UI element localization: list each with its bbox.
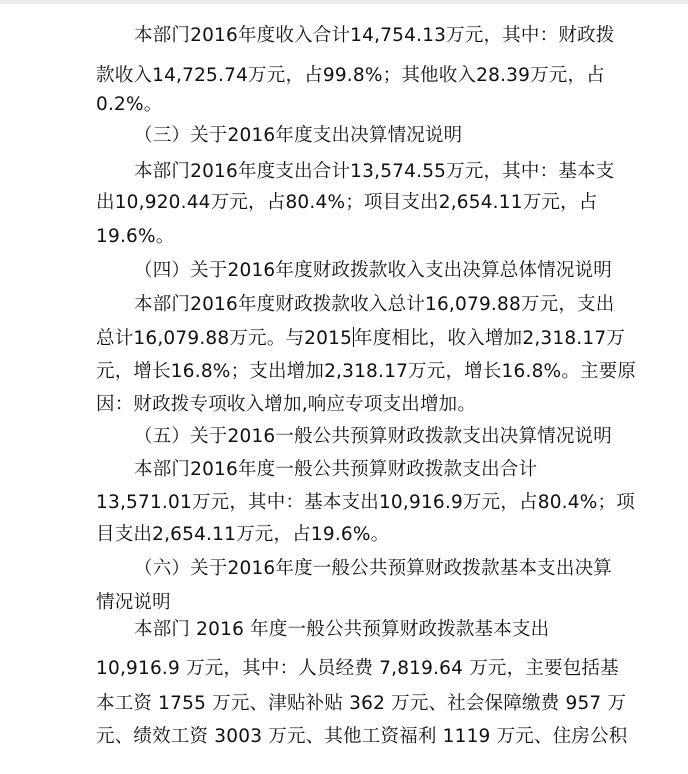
general-budget-line-1[interactable]: 本部门2016年度一般公共预算财政拨款支出合计 — [134, 458, 537, 482]
basic-expenditure-line-1[interactable]: 本部门 2016 年度一般公共预算财政拨款基本支出 — [134, 618, 549, 642]
income-summary-line-3[interactable]: 0.2%。 — [96, 93, 163, 117]
expenditure-line-2[interactable]: 出10,920.44万元，占80.4%；项目支出2,654.11万元，占 — [96, 191, 598, 215]
section-heading-5[interactable]: （五）关于2016一般公共预算财政拨款支出决算情况说明 — [134, 425, 612, 449]
basic-expenditure-line-4[interactable]: 元、绩效工资 3003 万元、其他工资福利 1119 万元、住房公积 — [96, 725, 628, 749]
fiscal-appropriation-line-2[interactable]: 总计16,079.88万元。与2015年度相比，收入增加2,318.17万 — [96, 327, 625, 351]
general-budget-line-3[interactable]: 目支出2,654.11万元，占19.6%。 — [96, 523, 389, 547]
expenditure-line-3[interactable]: 19.6%。 — [96, 225, 174, 249]
window-top-edge — [0, 0, 688, 4]
fiscal-appropriation-line-3[interactable]: 元，增长16.8%；支出增加2,318.17万元，增长16.8%。主要原 — [96, 360, 636, 384]
basic-expenditure-line-3[interactable]: 本工资 1755 万元、津贴补贴 362 万元、社会保障缴费 957 万 — [96, 692, 626, 716]
income-summary-line-1[interactable]: 本部门2016年度收入合计14,754.13万元，其中：财政拨 — [134, 24, 614, 48]
general-budget-line-2[interactable]: 13,571.01万元，其中：基本支出10,916.9万元，占80.4%；项 — [96, 491, 635, 515]
expenditure-line-1[interactable]: 本部门2016年度支出合计13,574.55万元，其中：基本支 — [134, 160, 614, 184]
fiscal-appropriation-line-2b: 年度相比，收入增加2,318.17万 — [354, 328, 625, 349]
section-heading-6-line-1[interactable]: （六）关于2016年度一般公共预算财政拨款基本支出决算 — [134, 557, 612, 581]
fiscal-appropriation-line-4[interactable]: 因：财政拨专项收入增加,响应专项支出增加。 — [96, 393, 476, 417]
income-summary-line-2[interactable]: 款收入14,725.74万元，占99.8%；其他收入28.39万元，占 — [96, 64, 605, 88]
section-heading-4[interactable]: （四）关于2016年度财政拨款收入支出决算总体情况说明 — [134, 259, 612, 283]
fiscal-appropriation-line-1[interactable]: 本部门2016年度财政拨款收入总计16,079.88万元，支出 — [134, 293, 614, 317]
section-heading-3[interactable]: （三）关于2016年度支出决算情况说明 — [134, 124, 462, 148]
fiscal-appropriation-line-2a: 总计16,079.88万元。与2015 — [96, 328, 352, 349]
section-heading-6-line-2[interactable]: 情况说明 — [96, 591, 171, 615]
basic-expenditure-line-2[interactable]: 10,916.9 万元，其中：人员经费 7,819.64 万元，主要包括基 — [96, 657, 619, 681]
